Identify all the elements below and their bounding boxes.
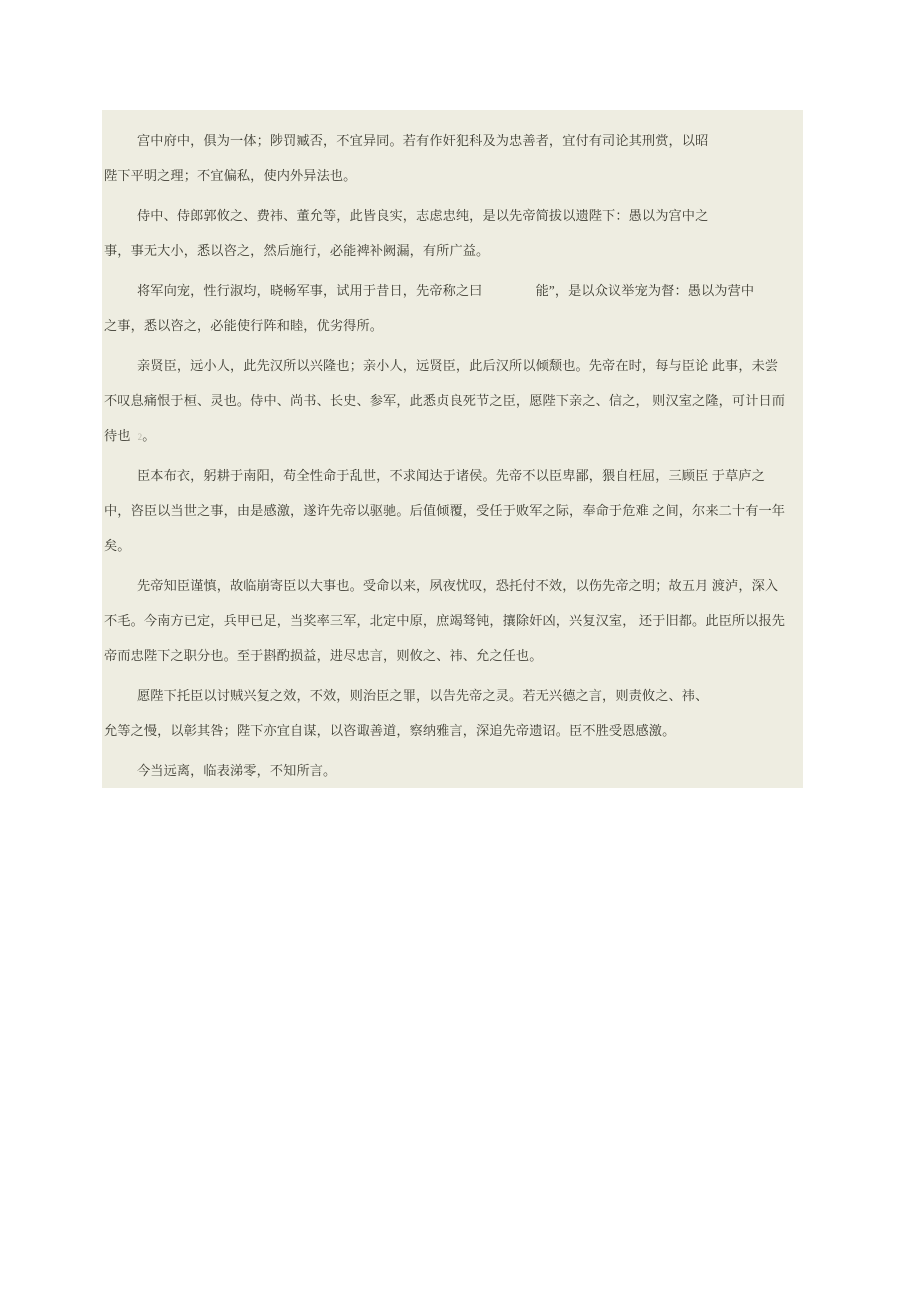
text-line: 中，咨臣以当世之事，由是感激，遂许先帝以驱驰。后值倾覆，受任于败军之际，奉命于危… [104,493,801,528]
text-line: 不叹息痛恨于桓、灵也。侍中、尚书、长史、参军，此悉贞良死节之臣，愿陛下亲之、信之… [104,383,801,418]
text-line: 矣。 [104,528,801,563]
text-line: 宫中府中，俱为一体；陟罚臧否，不宜异同。若有作奸犯科及为忠善者，宜付有司论其刑赏… [104,123,801,158]
paragraph-4: 亲贤臣，远小人，此先汉所以兴隆也；亲小人，远贤臣，此后汉所以倾颓也。先帝在时，每… [104,348,801,453]
text-line: 愿陛下托臣以讨贼兴复之效，不效，则治臣之罪，以告先帝之灵。若无兴德之言，则责攸之… [104,678,801,713]
paragraph-5: 臣本布衣，躬耕于南阳，苟全性命于乱世，不求闻达于诸侯。先帝不以臣卑鄙，猥自枉屈，… [104,458,801,563]
text-fragment: 。 [142,428,155,443]
text-line: 先帝知臣谨慎，故临崩寄臣以大事也。受命以来，夙夜忧叹，恐托付不效，以伤先帝之明；… [104,568,801,603]
paragraph-7: 愿陛下托臣以讨贼兴复之效，不效，则治臣之罪，以告先帝之灵。若无兴德之言，则责攸之… [104,678,801,748]
text-line: 不毛。今南方已定，兵甲已足，当奖率三军，北定中原，庶竭驽钝，攘除奸凶，兴复汉室，… [104,603,801,638]
paragraph-3: 将军向宠，性行淑均，晓畅军事，试用于昔日，先帝称之曰 能”，是以众议举宠为督：愚… [104,273,801,343]
text-line: 待也2。 [104,418,801,453]
text-line: 帝而忠陛下之职分也。至于斟酌损益，进尽忠言，则攸之、祎、允之任也。 [104,638,801,673]
document-page: 宫中府中，俱为一体；陟罚臧否，不宜异同。若有作奸犯科及为忠善者，宜付有司论其刑赏… [0,0,920,1303]
text-line: 臣本布衣，躬耕于南阳，苟全性命于乱世，不求闻达于诸侯。先帝不以臣卑鄙，猥自枉屈，… [104,458,801,493]
text-line: 将军向宠，性行淑均，晓畅军事，试用于昔日，先帝称之曰 能”，是以众议举宠为督：愚… [104,273,801,308]
text-line: 亲贤臣，远小人，此先汉所以兴隆也；亲小人，远贤臣，此后汉所以倾颓也。先帝在时，每… [104,348,801,383]
text-line: 允等之慢，以彰其咎；陛下亦宜自谋，以咨诹善道，察纳雅言，深追先帝遗诏。臣不胜受恩… [104,713,801,748]
text-line: 今当远离，临表涕零，不知所言。 [104,753,801,788]
paragraph-2: 侍中、侍郎郭攸之、费祎、董允等，此皆良实，志虑忠纯，是以先帝简拔以遗陛下：愚以为… [104,198,801,268]
text-line: 侍中、侍郎郭攸之、费祎、董允等，此皆良实，志虑忠纯，是以先帝简拔以遗陛下：愚以为… [104,198,801,233]
paragraph-6: 先帝知臣谨慎，故临崩寄臣以大事也。受命以来，夙夜忧叹，恐托付不效，以伤先帝之明；… [104,568,801,673]
text-fragment: 待也 [104,428,131,443]
text-line: 陛下平明之理；不宜偏私，使内外异法也。 [104,158,801,193]
text-line: 事，事无大小，悉以咨之，然后施行，必能裨补阙漏，有所广益。 [104,233,801,268]
highlighted-text-block: 宫中府中，俱为一体；陟罚臧否，不宜异同。若有作奸犯科及为忠善者，宜付有司论其刑赏… [102,110,803,788]
paragraph-8: 今当远离，临表涕零，不知所言。 [104,753,801,788]
text-line: 之事，悉以咨之，必能使行阵和睦，优劣得所。 [104,308,801,343]
paragraph-1: 宫中府中，俱为一体；陟罚臧否，不宜异同。若有作奸犯科及为忠善者，宜付有司论其刑赏… [104,123,801,193]
